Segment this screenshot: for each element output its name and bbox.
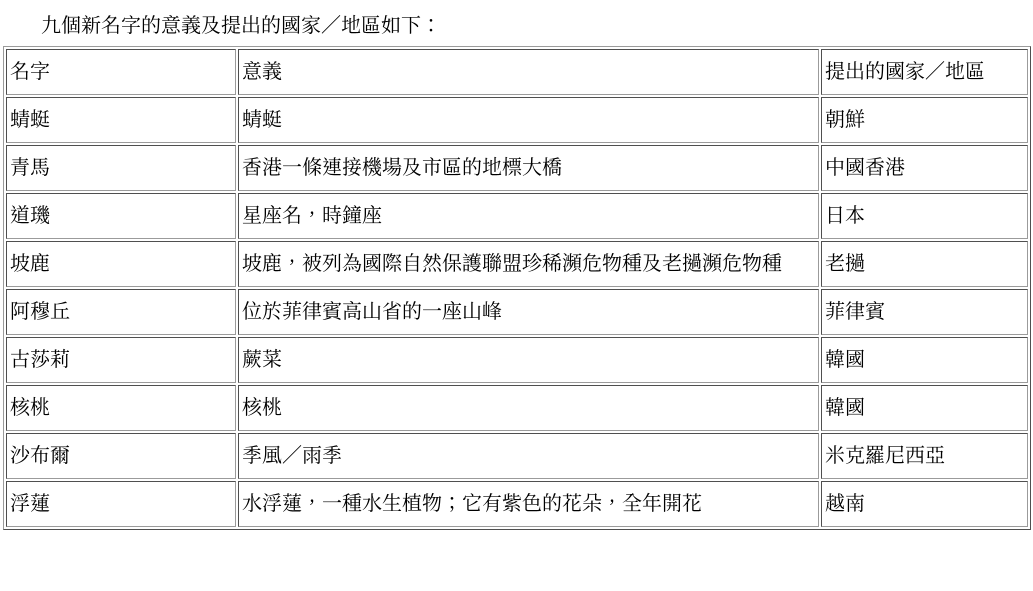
table-row: 沙布爾季風／雨季米克羅尼西亞 bbox=[6, 433, 1028, 479]
country-cell: 中國香港 bbox=[821, 145, 1028, 191]
intro-text: 九個新名字的意義及提出的國家／地區如下： bbox=[41, 14, 1033, 38]
table-row: 古莎莉蕨菜韓國 bbox=[6, 337, 1028, 383]
meaning-cell: 香港一條連接機場及市區的地標大橋 bbox=[238, 145, 819, 191]
country-cell: 菲律賓 bbox=[821, 289, 1028, 335]
page: 九個新名字的意義及提出的國家／地區如下： 名字 意義 提出的國家／地區 蜻蜓蜻蜓… bbox=[0, 0, 1033, 591]
table-body: 蜻蜓蜻蜓朝鮮青馬香港一條連接機場及市區的地標大橋中國香港道璣星座名，時鐘座日本坡… bbox=[6, 97, 1028, 527]
table-row: 核桃核桃韓國 bbox=[6, 385, 1028, 431]
meaning-cell: 核桃 bbox=[238, 385, 819, 431]
meaning-cell: 位於菲律賓高山省的一座山峰 bbox=[238, 289, 819, 335]
name-cell: 阿穆丘 bbox=[6, 289, 236, 335]
name-cell: 青馬 bbox=[6, 145, 236, 191]
column-header-country: 提出的國家／地區 bbox=[821, 49, 1028, 95]
table-row: 阿穆丘位於菲律賓高山省的一座山峰菲律賓 bbox=[6, 289, 1028, 335]
name-cell: 蜻蜓 bbox=[6, 97, 236, 143]
column-header-meaning: 意義 bbox=[238, 49, 819, 95]
country-cell: 韓國 bbox=[821, 385, 1028, 431]
table-row: 坡鹿坡鹿，被列為國際自然保護聯盟珍稀瀕危物種及老撾瀕危物種老撾 bbox=[6, 241, 1028, 287]
table-row: 蜻蜓蜻蜓朝鮮 bbox=[6, 97, 1028, 143]
meaning-cell: 星座名，時鐘座 bbox=[238, 193, 819, 239]
country-cell: 越南 bbox=[821, 481, 1028, 527]
country-cell: 韓國 bbox=[821, 337, 1028, 383]
name-cell: 道璣 bbox=[6, 193, 236, 239]
country-cell: 日本 bbox=[821, 193, 1028, 239]
meaning-cell: 蕨菜 bbox=[238, 337, 819, 383]
meaning-cell: 坡鹿，被列為國際自然保護聯盟珍稀瀕危物種及老撾瀕危物種 bbox=[238, 241, 819, 287]
table-header-row: 名字 意義 提出的國家／地區 bbox=[6, 49, 1028, 95]
meaning-cell: 水浮蓮，一種水生植物；它有紫色的花朵，全年開花 bbox=[238, 481, 819, 527]
country-cell: 朝鮮 bbox=[821, 97, 1028, 143]
table-row: 道璣星座名，時鐘座日本 bbox=[6, 193, 1028, 239]
name-cell: 古莎莉 bbox=[6, 337, 236, 383]
name-cell: 浮蓮 bbox=[6, 481, 236, 527]
name-cell: 坡鹿 bbox=[6, 241, 236, 287]
table-row: 浮蓮水浮蓮，一種水生植物；它有紫色的花朵，全年開花越南 bbox=[6, 481, 1028, 527]
country-cell: 米克羅尼西亞 bbox=[821, 433, 1028, 479]
meaning-cell: 季風／雨季 bbox=[238, 433, 819, 479]
table-row: 青馬香港一條連接機場及市區的地標大橋中國香港 bbox=[6, 145, 1028, 191]
country-cell: 老撾 bbox=[821, 241, 1028, 287]
typhoon-names-table: 名字 意義 提出的國家／地區 蜻蜓蜻蜓朝鮮青馬香港一條連接機場及市區的地標大橋中… bbox=[3, 46, 1031, 530]
column-header-name: 名字 bbox=[6, 49, 236, 95]
name-cell: 沙布爾 bbox=[6, 433, 236, 479]
name-cell: 核桃 bbox=[6, 385, 236, 431]
meaning-cell: 蜻蜓 bbox=[238, 97, 819, 143]
